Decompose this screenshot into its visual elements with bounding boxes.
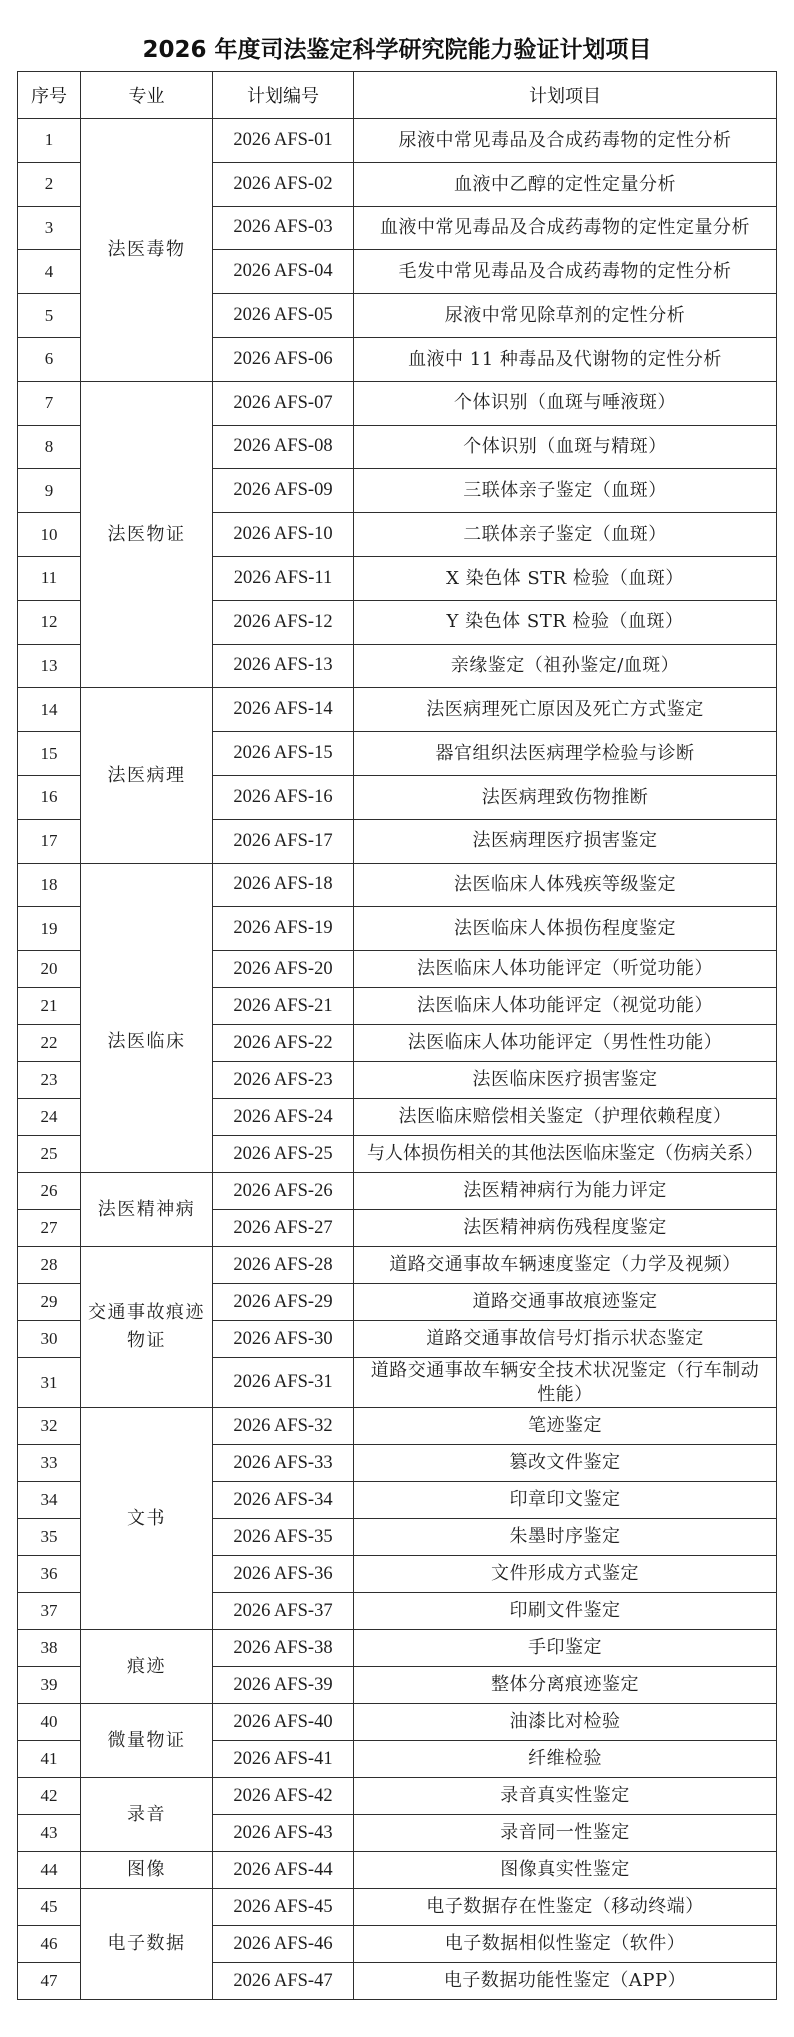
row-plan-code: 2026 AFS-21 [213,988,354,1025]
row-plan-item: 印章印文鉴定 [354,1482,777,1519]
table-body: 1法医毒物2026 AFS-01尿液中常见毒品及合成药毒物的定性分析22026 … [18,119,777,2000]
row-plan-code: 2026 AFS-08 [213,425,354,469]
row-seq: 20 [18,951,81,988]
row-plan-code: 2026 AFS-45 [213,1889,354,1926]
row-plan-code: 2026 AFS-38 [213,1630,354,1667]
row-plan-item: 电子数据功能性鉴定（APP） [354,1963,777,2000]
row-plan-item: 录音真实性鉴定 [354,1778,777,1815]
table-header: 序号 专业 计划编号 计划项目 [18,72,777,119]
category-cell: 法医病理 [81,688,213,863]
row-plan-code: 2026 AFS-42 [213,1778,354,1815]
row-plan-item: X 染色体 STR 检验（血斑） [354,556,777,600]
document-title: 2026 年度司法鉴定科学研究院能力验证计划项目 [0,35,794,65]
row-plan-item: 笔迹鉴定 [354,1408,777,1445]
row-plan-code: 2026 AFS-14 [213,688,354,732]
row-plan-item: 手印鉴定 [354,1630,777,1667]
row-seq: 37 [18,1593,81,1630]
row-plan-code: 2026 AFS-09 [213,469,354,513]
table-row: 45电子数据2026 AFS-45电子数据存在性鉴定（移动终端） [18,1889,777,1926]
row-plan-code: 2026 AFS-31 [213,1358,354,1408]
row-plan-code: 2026 AFS-06 [213,337,354,381]
row-seq: 44 [18,1852,81,1889]
row-plan-item: 个体识别（血斑与唾液斑） [354,381,777,425]
row-seq: 1 [18,119,81,163]
row-plan-item: 道路交通事故车辆速度鉴定（力学及视频） [354,1247,777,1284]
table-row: 44图像2026 AFS-44图像真实性鉴定 [18,1852,777,1889]
row-plan-item: 法医病理致伤物推断 [354,775,777,819]
category-cell: 法医精神病 [81,1173,213,1247]
row-plan-item: 尿液中常见毒品及合成药毒物的定性分析 [354,119,777,163]
row-plan-code: 2026 AFS-29 [213,1284,354,1321]
row-plan-item: 个体识别（血斑与精斑） [354,425,777,469]
row-plan-item: 尿液中常见除草剂的定性分析 [354,294,777,338]
row-seq: 16 [18,775,81,819]
table-row: 7法医物证2026 AFS-07个体识别（血斑与唾液斑） [18,381,777,425]
row-seq: 22 [18,1025,81,1062]
row-plan-item: 法医临床赔偿相关鉴定（护理依赖程度） [354,1099,777,1136]
category-cell: 交通事故痕迹物证 [81,1247,213,1408]
row-seq: 10 [18,513,81,557]
table-row: 18法医临床2026 AFS-18法医临床人体残疾等级鉴定 [18,863,777,907]
row-plan-code: 2026 AFS-44 [213,1852,354,1889]
row-plan-item: 血液中常见毒品及合成药毒物的定性定量分析 [354,206,777,250]
row-plan-item: Y 染色体 STR 检验（血斑） [354,600,777,644]
row-plan-code: 2026 AFS-26 [213,1173,354,1210]
row-seq: 5 [18,294,81,338]
row-plan-code: 2026 AFS-19 [213,907,354,951]
category-cell: 法医毒物 [81,119,213,382]
row-seq: 18 [18,863,81,907]
row-seq: 47 [18,1963,81,2000]
row-plan-code: 2026 AFS-01 [213,119,354,163]
header-row: 序号 专业 计划编号 计划项目 [18,72,777,119]
row-plan-item: 法医精神病行为能力评定 [354,1173,777,1210]
row-seq: 6 [18,337,81,381]
row-plan-item: 法医临床人体损伤程度鉴定 [354,907,777,951]
row-plan-code: 2026 AFS-23 [213,1062,354,1099]
table-row: 26法医精神病2026 AFS-26法医精神病行为能力评定 [18,1173,777,1210]
row-plan-item: 整体分离痕迹鉴定 [354,1667,777,1704]
row-plan-code: 2026 AFS-28 [213,1247,354,1284]
table-row: 42录音2026 AFS-42录音真实性鉴定 [18,1778,777,1815]
row-plan-code: 2026 AFS-34 [213,1482,354,1519]
row-plan-code: 2026 AFS-10 [213,513,354,557]
row-seq: 2 [18,162,81,206]
row-seq: 41 [18,1741,81,1778]
row-plan-item: 法医精神病伤残程度鉴定 [354,1210,777,1247]
row-seq: 7 [18,381,81,425]
row-plan-code: 2026 AFS-32 [213,1408,354,1445]
row-plan-code: 2026 AFS-35 [213,1519,354,1556]
row-plan-code: 2026 AFS-37 [213,1593,354,1630]
table-row: 14法医病理2026 AFS-14法医病理死亡原因及死亡方式鉴定 [18,688,777,732]
row-plan-code: 2026 AFS-17 [213,819,354,863]
row-seq: 11 [18,556,81,600]
row-plan-code: 2026 AFS-07 [213,381,354,425]
row-seq: 23 [18,1062,81,1099]
row-plan-code: 2026 AFS-43 [213,1815,354,1852]
row-plan-item: 文件形成方式鉴定 [354,1556,777,1593]
row-plan-code: 2026 AFS-18 [213,863,354,907]
row-plan-code: 2026 AFS-05 [213,294,354,338]
row-seq: 45 [18,1889,81,1926]
row-plan-code: 2026 AFS-15 [213,732,354,776]
row-seq: 17 [18,819,81,863]
row-seq: 25 [18,1136,81,1173]
row-plan-code: 2026 AFS-04 [213,250,354,294]
row-plan-item: 油漆比对检验 [354,1704,777,1741]
row-plan-item: 道路交通事故车辆安全技术状况鉴定（行车制动性能） [354,1358,777,1408]
row-plan-item: 法医临床医疗损害鉴定 [354,1062,777,1099]
row-plan-item: 血液中 11 种毒品及代谢物的定性分析 [354,337,777,381]
row-seq: 32 [18,1408,81,1445]
header-item: 计划项目 [354,72,777,119]
table-row: 40微量物证2026 AFS-40油漆比对检验 [18,1704,777,1741]
category-cell: 微量物证 [81,1704,213,1778]
row-seq: 14 [18,688,81,732]
row-plan-item: 法医临床人体功能评定（视觉功能） [354,988,777,1025]
row-plan-code: 2026 AFS-02 [213,162,354,206]
row-plan-code: 2026 AFS-16 [213,775,354,819]
row-seq: 12 [18,600,81,644]
row-plan-code: 2026 AFS-47 [213,1963,354,2000]
row-seq: 9 [18,469,81,513]
row-plan-item: 道路交通事故信号灯指示状态鉴定 [354,1321,777,1358]
row-plan-item: 印刷文件鉴定 [354,1593,777,1630]
row-plan-code: 2026 AFS-24 [213,1099,354,1136]
row-plan-item: 法医病理医疗损害鉴定 [354,819,777,863]
row-seq: 36 [18,1556,81,1593]
row-plan-code: 2026 AFS-41 [213,1741,354,1778]
row-plan-code: 2026 AFS-11 [213,556,354,600]
row-plan-item: 与人体损伤相关的其他法医临床鉴定（伤病关系） [354,1136,777,1173]
table-row: 1法医毒物2026 AFS-01尿液中常见毒品及合成药毒物的定性分析 [18,119,777,163]
row-seq: 26 [18,1173,81,1210]
row-plan-code: 2026 AFS-36 [213,1556,354,1593]
row-plan-code: 2026 AFS-30 [213,1321,354,1358]
row-plan-item: 录音同一性鉴定 [354,1815,777,1852]
row-seq: 27 [18,1210,81,1247]
row-plan-item: 图像真实性鉴定 [354,1852,777,1889]
category-cell: 录音 [81,1778,213,1852]
row-seq: 19 [18,907,81,951]
row-plan-item: 法医病理死亡原因及死亡方式鉴定 [354,688,777,732]
row-plan-code: 2026 AFS-20 [213,951,354,988]
row-plan-code: 2026 AFS-39 [213,1667,354,1704]
header-seq: 序号 [18,72,81,119]
row-plan-item: 法医临床人体残疾等级鉴定 [354,863,777,907]
row-plan-code: 2026 AFS-22 [213,1025,354,1062]
row-plan-item: 亲缘鉴定（祖孙鉴定/血斑） [354,644,777,688]
category-cell: 图像 [81,1852,213,1889]
row-seq: 31 [18,1358,81,1408]
row-seq: 42 [18,1778,81,1815]
row-plan-item: 器官组织法医病理学检验与诊断 [354,732,777,776]
row-plan-item: 法医临床人体功能评定（男性性功能） [354,1025,777,1062]
row-seq: 4 [18,250,81,294]
row-plan-item: 法医临床人体功能评定（听觉功能） [354,951,777,988]
row-plan-item: 二联体亲子鉴定（血斑） [354,513,777,557]
header-category: 专业 [81,72,213,119]
row-seq: 33 [18,1445,81,1482]
table-row: 32文书2026 AFS-32笔迹鉴定 [18,1408,777,1445]
row-seq: 34 [18,1482,81,1519]
row-seq: 8 [18,425,81,469]
row-plan-code: 2026 AFS-25 [213,1136,354,1173]
row-seq: 24 [18,1099,81,1136]
table-row: 28交通事故痕迹物证2026 AFS-28道路交通事故车辆速度鉴定（力学及视频） [18,1247,777,1284]
row-plan-code: 2026 AFS-33 [213,1445,354,1482]
row-plan-code: 2026 AFS-03 [213,206,354,250]
row-plan-item: 毛发中常见毒品及合成药毒物的定性分析 [354,250,777,294]
row-plan-code: 2026 AFS-46 [213,1926,354,1963]
row-plan-item: 电子数据相似性鉴定（软件） [354,1926,777,1963]
category-cell: 电子数据 [81,1889,213,2000]
row-seq: 39 [18,1667,81,1704]
row-seq: 30 [18,1321,81,1358]
row-seq: 21 [18,988,81,1025]
category-cell: 法医临床 [81,863,213,1173]
plan-table: 序号 专业 计划编号 计划项目 1法医毒物2026 AFS-01尿液中常见毒品及… [17,71,777,2000]
row-plan-item: 道路交通事故痕迹鉴定 [354,1284,777,1321]
row-seq: 46 [18,1926,81,1963]
header-code: 计划编号 [213,72,354,119]
row-seq: 28 [18,1247,81,1284]
category-cell: 法医物证 [81,381,213,688]
row-plan-code: 2026 AFS-12 [213,600,354,644]
row-seq: 38 [18,1630,81,1667]
row-plan-item: 纤维检验 [354,1741,777,1778]
category-cell: 文书 [81,1408,213,1630]
row-plan-code: 2026 AFS-27 [213,1210,354,1247]
row-plan-code: 2026 AFS-40 [213,1704,354,1741]
row-seq: 3 [18,206,81,250]
row-plan-item: 电子数据存在性鉴定（移动终端） [354,1889,777,1926]
row-seq: 40 [18,1704,81,1741]
row-seq: 43 [18,1815,81,1852]
row-plan-item: 血液中乙醇的定性定量分析 [354,162,777,206]
row-seq: 15 [18,732,81,776]
row-seq: 29 [18,1284,81,1321]
table-row: 38痕迹2026 AFS-38手印鉴定 [18,1630,777,1667]
row-seq: 13 [18,644,81,688]
row-plan-item: 三联体亲子鉴定（血斑） [354,469,777,513]
row-plan-item: 朱墨时序鉴定 [354,1519,777,1556]
row-plan-code: 2026 AFS-13 [213,644,354,688]
row-plan-item: 篡改文件鉴定 [354,1445,777,1482]
category-cell: 痕迹 [81,1630,213,1704]
row-seq: 35 [18,1519,81,1556]
